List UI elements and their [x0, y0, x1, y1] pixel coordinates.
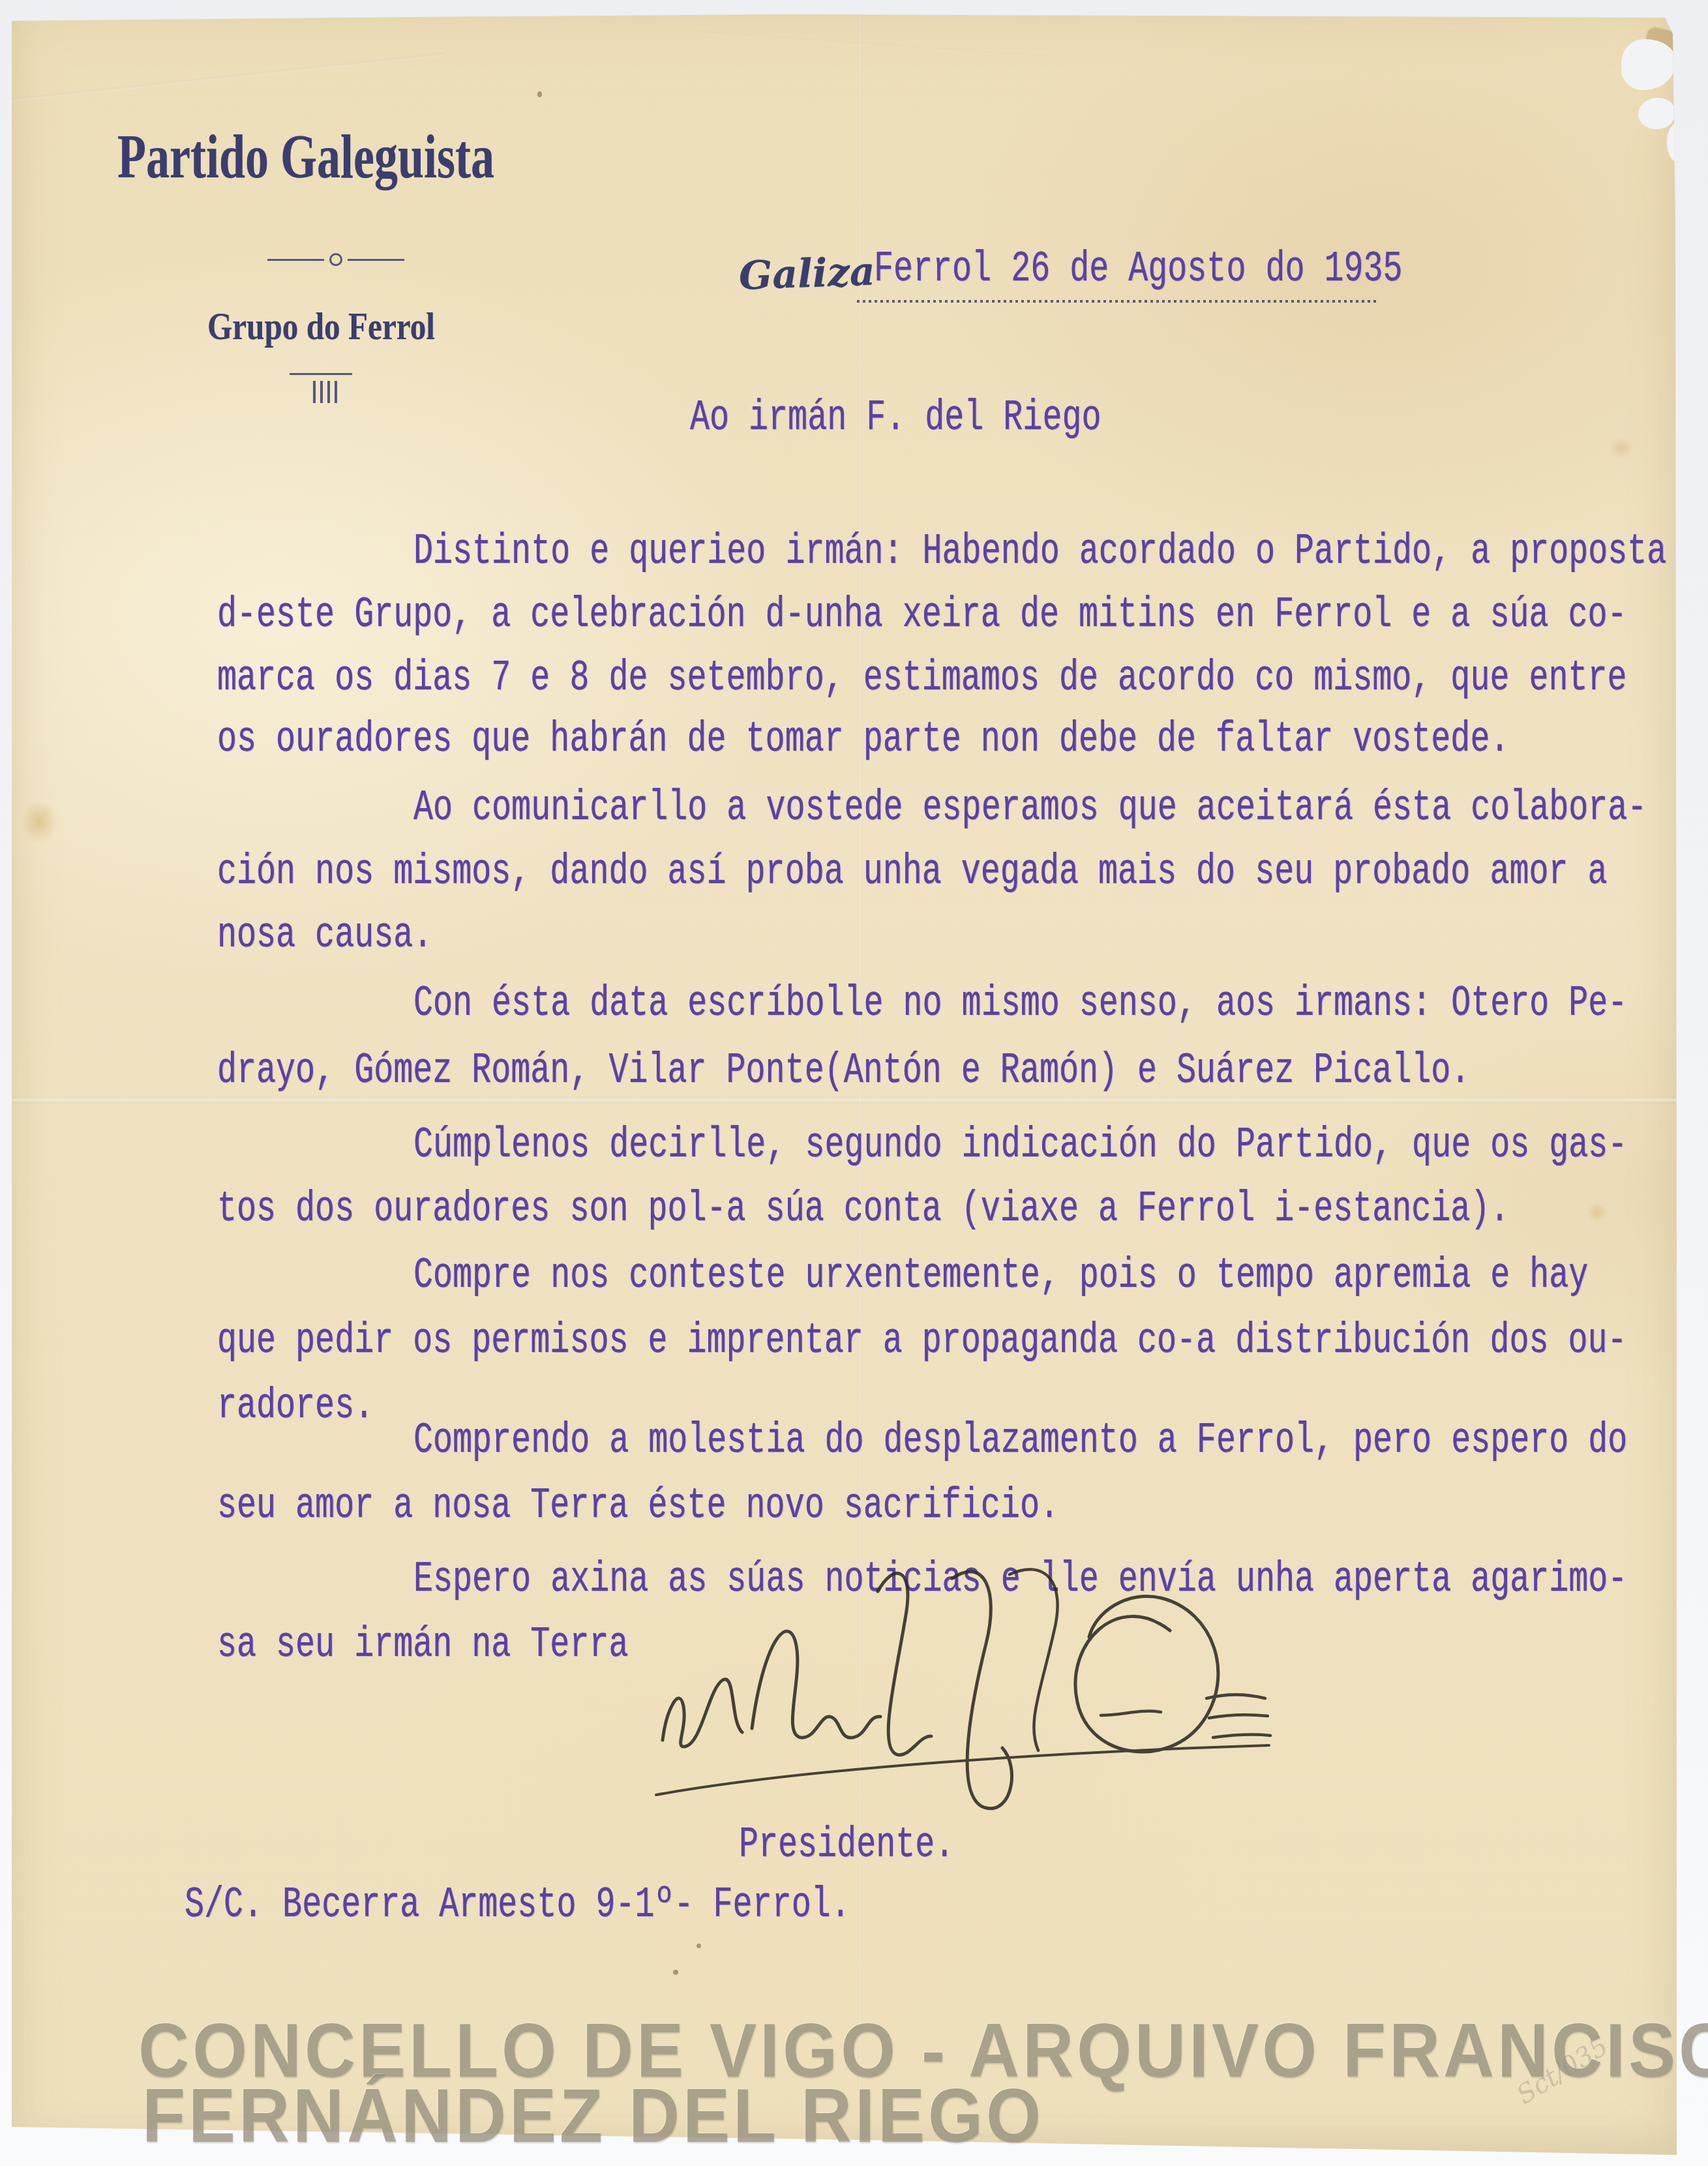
paper-stain — [1587, 1203, 1607, 1222]
typed-line: Comprendo a molestia do desplazamento a … — [413, 1419, 1627, 1462]
typed-line: os ouradores que habrán de tomar parte n… — [217, 718, 1509, 761]
typed-line: Con ésta data escríbolle no mismo senso,… — [413, 982, 1627, 1025]
torn-edge-notch — [1667, 124, 1686, 162]
sender-address: S/C. Becerra Armesto 9-1º- Ferrol. — [185, 1884, 850, 1927]
typed-line: Ao comunicarllo a vostede esperamos que … — [413, 787, 1647, 830]
typed-line: Compre nos conteste urxentemente, pois o… — [413, 1254, 1588, 1297]
letterhead-organization: Partido Galeguista — [117, 125, 494, 188]
top-crease — [697, 31, 1049, 58]
paper-stain — [21, 800, 57, 843]
ornament-line — [348, 259, 404, 261]
torn-corner-hole — [1621, 39, 1676, 90]
typed-line: radores. — [217, 1385, 374, 1428]
typed-line: marca os dias 7 e 8 de setembro, estimam… — [217, 657, 1627, 700]
typed-line: que pedir os permisos e imprentar a prop… — [217, 1319, 1627, 1362]
paper-stain — [1608, 437, 1634, 459]
letterhead-ornament — [267, 254, 404, 265]
typed-line: Cúmplenos decirlle, segundo indicación d… — [413, 1124, 1627, 1167]
paper-speck — [537, 91, 542, 97]
handwritten-signature — [644, 1551, 1303, 1825]
paper-speck — [673, 1970, 678, 1975]
typed-line: drayo, Gómez Román, Vilar Ponte(Antón e … — [217, 1049, 1470, 1092]
typed-line: tos dos ouradores son pol-a súa conta (v… — [217, 1188, 1509, 1231]
salutation: Ao irmán F. del Riego — [690, 397, 1101, 440]
scanned-letter-page: Partido Galeguista Grupo do Ferrol Galiz… — [0, 0, 1708, 2166]
letterhead-rule — [290, 373, 352, 375]
pencil-note: Sct/035 — [1512, 2031, 1613, 2111]
typed-line: nosa causa. — [217, 914, 432, 957]
letterhead-tally-mark — [313, 381, 337, 403]
paper-speck — [697, 1944, 701, 1948]
letter-paper: Partido Galeguista Grupo do Ferrol Galiz… — [12, 14, 1677, 2155]
printed-region-label: Galiza — [738, 252, 876, 295]
typed-line: ción nos mismos, dando así proba unha ve… — [217, 850, 1608, 894]
signature-role: Presidente. — [739, 1824, 954, 1867]
dotted-date-rule — [857, 300, 1379, 303]
typed-line: Distinto e querieo irmán: Habendo acorda… — [413, 530, 1666, 573]
corner-crease — [3, 53, 445, 102]
typed-date: Ferrol 26 de Agosto do 1935 — [874, 248, 1403, 291]
torn-corner-hole — [1638, 98, 1675, 129]
typed-line: sa seu irmán na Terra — [217, 1623, 628, 1666]
letterhead-group: Grupo do Ferrol — [207, 307, 435, 346]
typed-line: d-este Grupo, a celebración d-unha xeira… — [217, 594, 1627, 637]
ornament-circle-icon — [329, 253, 342, 266]
horizontal-fold-crease — [12, 1097, 1677, 1103]
typed-line: seu amor a nosa Terra éste novo sacrific… — [217, 1484, 1059, 1527]
ornament-line — [267, 259, 324, 261]
